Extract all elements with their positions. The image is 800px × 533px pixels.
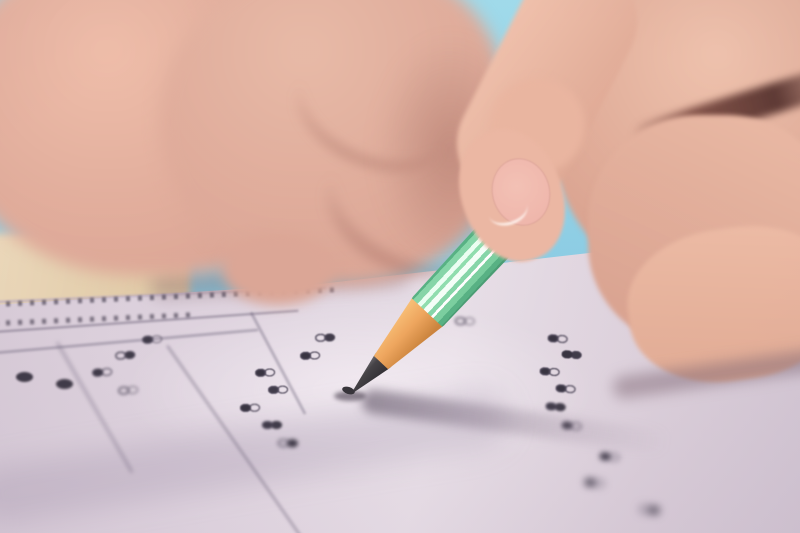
answer-bubble [115, 351, 127, 360]
answer-bubble [262, 421, 273, 429]
filled-mark [56, 379, 73, 389]
sheet-grid-line [251, 312, 306, 414]
filled-mark [16, 372, 33, 382]
answer-bubble [142, 335, 153, 344]
answer-bubble [268, 386, 279, 394]
answer-bubble [278, 439, 289, 447]
answer-bubble [92, 368, 104, 377]
sheet-grid-line [57, 342, 133, 473]
answer-bubble [315, 334, 326, 342]
answer-bubble [300, 352, 311, 360]
answer-bubble [255, 369, 266, 377]
photo-canvas [0, 0, 800, 533]
answer-bubble [118, 386, 130, 395]
sheet-grid-line [0, 329, 258, 354]
answer-bubble [240, 404, 251, 412]
answer-bubble [455, 317, 466, 325]
left-hand-fingertip [222, 233, 334, 305]
